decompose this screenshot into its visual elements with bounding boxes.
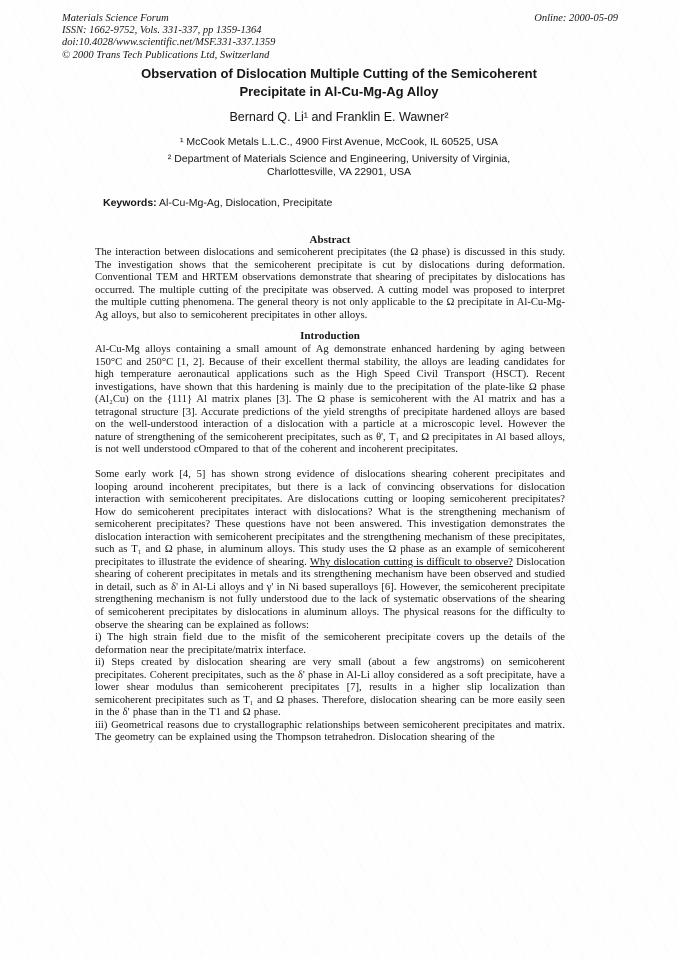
intro-paragraph-2-main: Some early work [4, 5] has shown strong …: [95, 469, 565, 632]
paper-title-line-2: Precipitate in Al-Cu-Mg-Ag Alloy: [60, 83, 618, 101]
intro-paragraph-2: Some early work [4, 5] has shown strong …: [95, 469, 565, 745]
affiliation-1: ¹ McCook Metals L.L.C., 4900 First Avenu…: [60, 136, 618, 148]
underlined-question: Why dislocation cutting is difficult to …: [310, 557, 513, 568]
journal-name: Materials Science Forum: [62, 13, 275, 25]
intro-list-item-iii: iii) Geometrical reasons due to crystall…: [95, 720, 565, 745]
introduction-heading: Introduction: [95, 330, 565, 342]
paper-title-line-1: Observation of Dislocation Multiple Cutt…: [60, 65, 618, 83]
doi-line: doi:10.4028/www.scientific.net/MSF.331-3…: [62, 37, 275, 49]
affiliation-2: ² Department of Materials Science and En…: [60, 153, 618, 179]
affiliation-2-line-1: ² Department of Materials Science and En…: [60, 153, 618, 166]
keywords-value: Al-Cu-Mg-Ag, Dislocation, Precipitate: [157, 197, 333, 209]
authors-line: Bernard Q. Li¹ and Franklin E. Wawner²: [60, 110, 618, 124]
intro-paragraph-1: Al-Cu-Mg alloys containing a small amoun…: [95, 344, 565, 457]
intro-list-item-i: i) The high strain field due to the misf…: [95, 632, 565, 657]
abstract-heading: Abstract: [95, 234, 565, 246]
keywords-row: Keywords: Al-Cu-Mg-Ag, Dislocation, Prec…: [103, 197, 573, 209]
abstract-paragraph: The interaction between dislocations and…: [95, 247, 565, 322]
journal-header-left: Materials Science Forum ISSN: 1662-9752,…: [62, 13, 275, 62]
intro-p2-lead: Some early work [4, 5] has shown strong …: [95, 469, 565, 568]
online-date: Online: 2000-05-09: [534, 13, 618, 25]
affiliation-2-line-2: Charlottesville, VA 22901, USA: [60, 166, 618, 179]
copyright-line: © 2000 Trans Tech Publications Ltd, Swit…: [62, 50, 275, 62]
intro-list-item-ii: ii) Steps created by dislocation shearin…: [95, 657, 565, 720]
paper-page: Materials Science Forum ISSN: 1662-9752,…: [0, 0, 678, 959]
paper-title: Observation of Dislocation Multiple Cutt…: [60, 65, 618, 100]
keywords-label: Keywords:: [103, 197, 157, 209]
issn-line: ISSN: 1662-9752, Vols. 331-337, pp 1359-…: [62, 25, 275, 37]
journal-header: Materials Science Forum ISSN: 1662-9752,…: [62, 13, 618, 62]
